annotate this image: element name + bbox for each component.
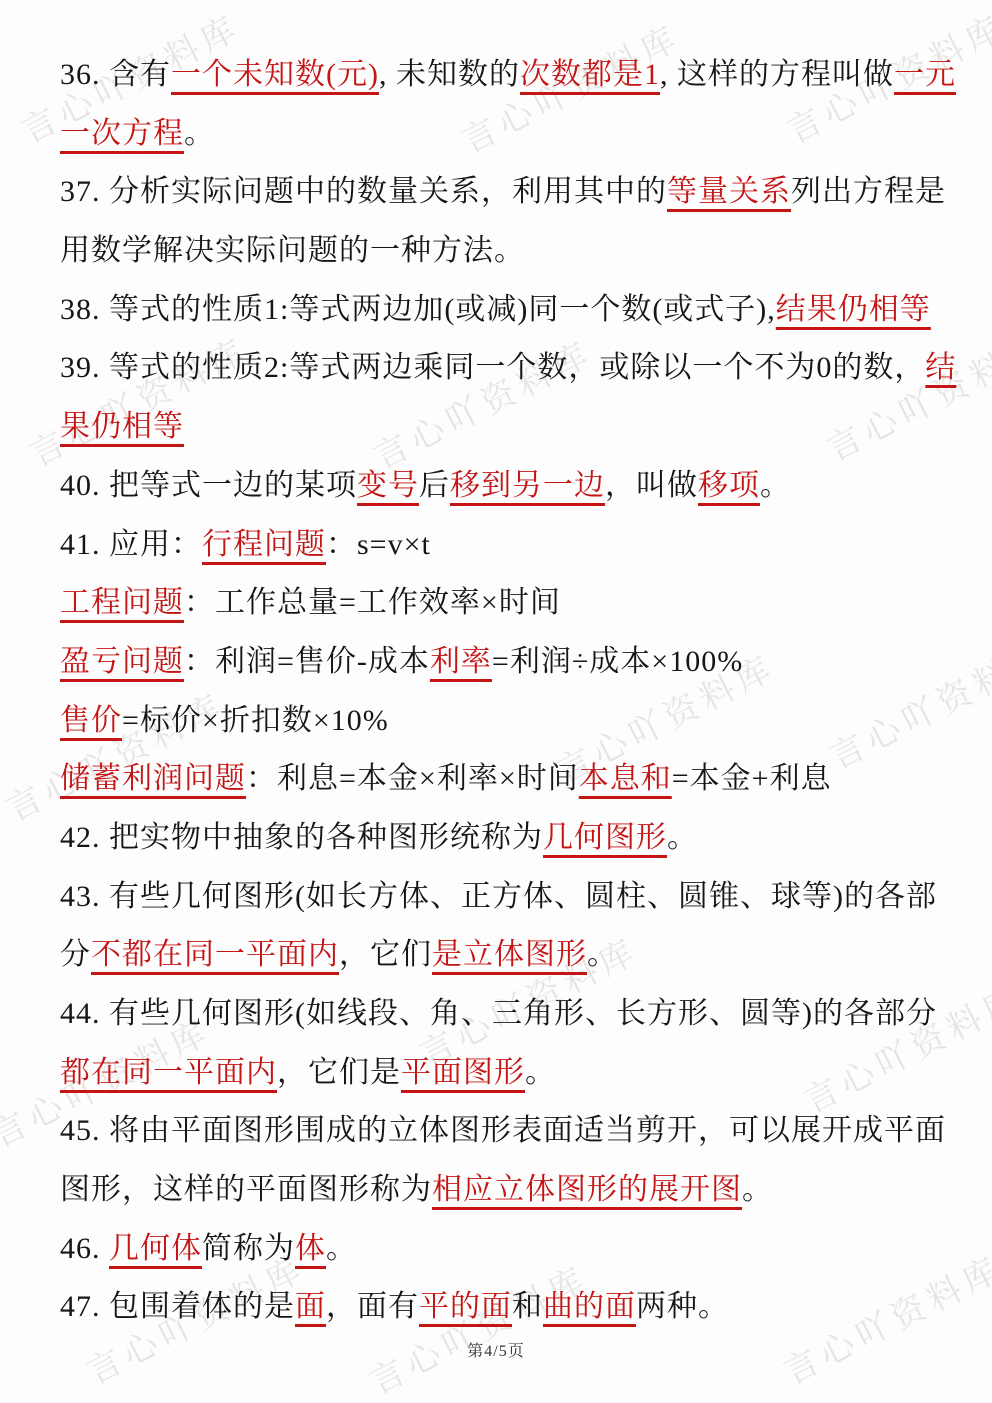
- highlighted-term: 本息和: [579, 762, 672, 795]
- text-line: 果仍相等: [60, 398, 956, 457]
- text-segment: 分: [60, 938, 91, 971]
- text-line: 39. 等式的性质2:等式两边乘同一个数，或除以一个不为0的数，结: [60, 339, 956, 398]
- highlighted-term: 曲的面: [543, 1290, 636, 1323]
- text-segment: 和: [512, 1290, 543, 1323]
- text-segment: 两种。: [636, 1290, 729, 1323]
- highlighted-term: 利率: [430, 645, 492, 678]
- highlighted-term: 工程问题: [60, 586, 184, 619]
- text-line: 一次方程。: [60, 105, 956, 164]
- text-segment: 43. 有些几何图形(如长方体、正方体、圆柱、圆锥、球等)的各部: [60, 880, 937, 913]
- highlighted-term: 体: [295, 1232, 326, 1265]
- page-number: 第4/5页: [467, 1343, 524, 1360]
- text-segment: 。: [525, 1056, 556, 1089]
- text-line: 用数学解决实际问题的一种方法。: [60, 222, 956, 281]
- text-segment: =利润÷成本×100%: [492, 645, 743, 678]
- highlighted-term: 几何体: [109, 1232, 202, 1265]
- text-segment: 41. 应用：: [60, 528, 202, 561]
- highlighted-term: 面: [295, 1290, 326, 1323]
- text-segment: 。: [760, 469, 791, 502]
- text-segment: ，叫做: [605, 469, 698, 502]
- text-segment: ，它们是: [277, 1056, 401, 1089]
- highlighted-term: 都在同一平面内: [60, 1056, 277, 1089]
- text-segment: 37. 分析实际问题中的数量关系，利用其中的: [60, 175, 667, 208]
- text-line: 38. 等式的性质1:等式两边加(或减)同一个数(或式子),结果仍相等: [60, 281, 956, 340]
- text-segment: 46.: [60, 1232, 109, 1265]
- page-footer: 第4/5页: [0, 1338, 992, 1361]
- text-segment: 列出方程是: [791, 175, 946, 208]
- text-line: 41. 应用：行程问题：s=v×t: [60, 516, 956, 575]
- highlighted-term: 售价: [60, 704, 122, 737]
- highlighted-term: 次数都是1: [520, 58, 660, 91]
- highlighted-term: 几何图形: [543, 821, 667, 854]
- text-segment: 。: [667, 821, 698, 854]
- text-line: 都在同一平面内，它们是平面图形。: [60, 1044, 956, 1103]
- text-segment: 。: [326, 1232, 357, 1265]
- text-line: 40. 把等式一边的某项变号后移到另一边，叫做移项。: [60, 457, 956, 516]
- text-line: 图形，这样的平面图形称为相应立体图形的展开图。: [60, 1161, 956, 1220]
- text-segment: ，面有: [326, 1290, 419, 1323]
- highlighted-term: 移到另一边: [450, 469, 605, 502]
- highlighted-term: 等量关系: [667, 175, 791, 208]
- text-line: 储蓄利润问题：利息=本金×利率×时间本息和=本金+利息: [60, 750, 956, 809]
- highlighted-term: 储蓄利润问题: [60, 762, 246, 795]
- text-segment: 47. 包围着体的是: [60, 1290, 295, 1323]
- highlighted-term: 盈亏问题: [60, 645, 184, 678]
- text-segment: 39. 等式的性质2:等式两边乘同一个数，或除以一个不为0的数，: [60, 351, 925, 384]
- highlighted-term: 行程问题: [202, 528, 326, 561]
- highlighted-term: 结果仍相等: [776, 293, 931, 326]
- text-segment: , 这样的方程叫做: [660, 58, 894, 91]
- text-segment: =本金+利息: [672, 762, 832, 795]
- text-segment: 。: [184, 117, 215, 150]
- highlighted-term: 一元: [894, 58, 956, 91]
- highlighted-term: 平的面: [419, 1290, 512, 1323]
- text-segment: 简称为: [202, 1232, 295, 1265]
- text-segment: ：利润=售价-成本: [184, 645, 430, 678]
- highlighted-term: 相应立体图形的展开图: [432, 1173, 742, 1206]
- highlighted-term: 不都在同一平面内: [91, 938, 339, 971]
- highlighted-term: 是立体图形: [432, 938, 587, 971]
- text-line: 工程问题：工作总量=工作效率×时间: [60, 574, 956, 633]
- highlighted-term: 平面图形: [401, 1056, 525, 1089]
- text-line: 盈亏问题：利润=售价-成本利率=利润÷成本×100%: [60, 633, 956, 692]
- text-line: 45. 将由平面图形围成的立体图形表面适当剪开，可以展开成平面: [60, 1102, 956, 1161]
- text-segment: 44. 有些几何图形(如线段、角、三角形、长方形、圆等)的各部分: [60, 997, 937, 1030]
- text-segment: 36. 含有: [60, 58, 171, 91]
- document-page: 言心吖资料库言心吖资料库言心吖资料库言心吖资料库言心吖资料库言心吖资料库言心吖资…: [0, 0, 992, 1403]
- text-segment: ，它们: [339, 938, 432, 971]
- highlighted-term: 一次方程: [60, 117, 184, 150]
- text-segment: 38. 等式的性质1:等式两边加(或减)同一个数(或式子),: [60, 293, 776, 326]
- text-segment: 45. 将由平面图形围成的立体图形表面适当剪开，可以展开成平面: [60, 1114, 946, 1147]
- text-segment: , 未知数的: [379, 58, 520, 91]
- text-line: 36. 含有一个未知数(元), 未知数的次数都是1, 这样的方程叫做一元: [60, 46, 956, 105]
- text-line: 44. 有些几何图形(如线段、角、三角形、长方形、圆等)的各部分: [60, 985, 956, 1044]
- text-line: 售价=标价×折扣数×10%: [60, 692, 956, 751]
- text-line: 分不都在同一平面内，它们是立体图形。: [60, 926, 956, 985]
- text-segment: 用数学解决实际问题的一种方法。: [60, 234, 525, 267]
- text-segment: ：s=v×t: [326, 528, 431, 561]
- text-line: 46. 几何体简称为体。: [60, 1220, 956, 1279]
- highlighted-term: 变号: [357, 469, 419, 502]
- text-line: 42. 把实物中抽象的各种图形统称为几何图形。: [60, 809, 956, 868]
- text-line: 37. 分析实际问题中的数量关系，利用其中的等量关系列出方程是: [60, 163, 956, 222]
- highlighted-term: 一个未知数(元): [171, 58, 379, 91]
- highlighted-term: 结: [925, 351, 956, 384]
- text-line: 47. 包围着体的是面，面有平的面和曲的面两种。: [60, 1278, 956, 1337]
- text-segment: 40. 把等式一边的某项: [60, 469, 357, 502]
- text-segment: ：工作总量=工作效率×时间: [184, 586, 561, 619]
- text-segment: 42. 把实物中抽象的各种图形统称为: [60, 821, 543, 854]
- text-segment: 图形，这样的平面图形称为: [60, 1173, 432, 1206]
- text-segment: 。: [742, 1173, 773, 1206]
- text-segment: ：利息=本金×利率×时间: [246, 762, 579, 795]
- text-segment: =标价×折扣数×10%: [122, 704, 389, 737]
- text-segment: 后: [419, 469, 450, 502]
- text-segment: 。: [587, 938, 618, 971]
- notes-content: 36. 含有一个未知数(元), 未知数的次数都是1, 这样的方程叫做一元一次方程…: [0, 0, 992, 1337]
- highlighted-term: 移项: [698, 469, 760, 502]
- text-line: 43. 有些几何图形(如长方体、正方体、圆柱、圆锥、球等)的各部: [60, 868, 956, 927]
- highlighted-term: 果仍相等: [60, 410, 184, 443]
